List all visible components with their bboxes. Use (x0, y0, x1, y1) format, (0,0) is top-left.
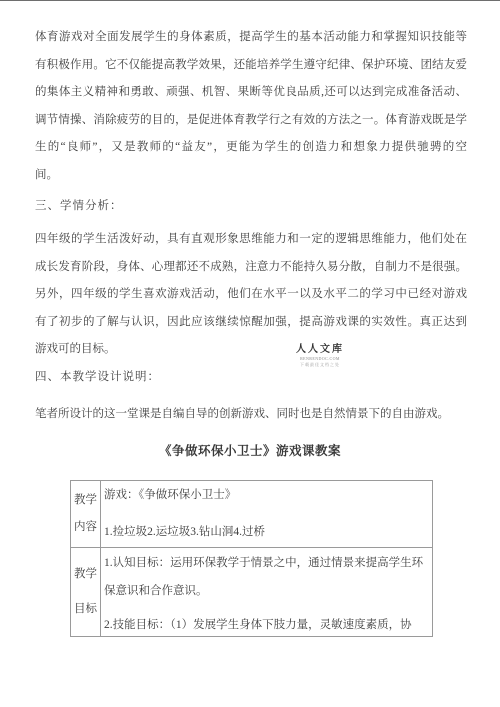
text-line: 教学 (74, 487, 97, 515)
text-line: 保意识和合作意识。 (104, 578, 428, 606)
text-line: 调节情操、消除疲劳的目的，是促进体育教学行之有效的方法之一。体育游戏既是学 (35, 107, 467, 135)
text-line: 有了初步的了解与认识，因此应该继续惊醒加强，提高游戏课的实效性。真正达到 (35, 309, 467, 337)
table-row-teaching-content: 教学内容 游戏：《争做环保小卫士》1.捡垃圾2.运垃圾3.钻山洞4.过桥 (71, 481, 432, 547)
text-line: 间。 (35, 162, 467, 190)
text-line: 笔者所设计的这一堂课是自编自导的创新游戏、同时也是自然情景下的自由游戏。 (35, 401, 467, 429)
paragraph-student-analysis: 四年级的学生活泼好动，具有直观形象思维能力和一定的逻辑思维能力，他们处在成长发育… (35, 226, 467, 364)
paragraph-pe-game-benefits: 体育游戏对全面发展学生的身体素质，提高学生的基本活动能力和掌握知识技能等有积极作… (35, 24, 467, 189)
section-heading-student-analysis: 三、学情分析： (35, 193, 467, 221)
section-heading-design-notes: 四、本教学设计说明： (35, 364, 467, 392)
document-page: 体育游戏对全面发展学生的身体素质，提高学生的基本活动能力和掌握知识技能等有积极作… (0, 0, 500, 707)
text-line: 体育游戏对全面发展学生的身体素质，提高学生的基本活动能力和掌握知识技能等 (35, 24, 467, 52)
lesson-plan-title: 《争做环保小卫士》游戏课教案 (0, 438, 500, 466)
text-line: 1.捡垃圾2.运垃圾3.钻山洞4.过桥 (104, 519, 428, 547)
text-line: 教学 (74, 561, 97, 589)
text-line: 1.认知目标：运用环保教学于情景之中，通过情景来提高学生环 (104, 550, 428, 578)
table-row-teaching-goals: 教学目标 1.认知目标：运用环保教学于情景之中，通过情景来提高学生环保意识和合作… (71, 547, 432, 636)
lesson-plan-table: 教学内容 游戏：《争做环保小卫士》1.捡垃圾2.运垃圾3.钻山洞4.过桥 教学目… (70, 480, 433, 637)
paragraph-design-notes: 笔者所设计的这一堂课是自编自导的创新游戏、同时也是自然情景下的自由游戏。 (35, 401, 467, 429)
table-cell-teaching-content: 游戏：《争做环保小卫士》1.捡垃圾2.运垃圾3.钻山洞4.过桥 (101, 481, 432, 547)
watermark-logo-text: 人人文库 (292, 344, 348, 355)
text-line: 生的“良师”，又是教师的“益友”，更能为学生的创造力和想象力提供驰骋的空 (35, 134, 467, 162)
text-line: 游戏：《争做环保小卫士》 (104, 482, 428, 510)
text-line: 内容 (74, 514, 97, 542)
watermark-domain-text: RENRENDOC.COM (292, 356, 348, 361)
table-label-teaching-goals: 教学目标 (71, 548, 101, 636)
text-line: 另外，四年级的学生喜欢游戏活动，他们在水平一以及水平二的学习中已经对游戏 (35, 281, 467, 309)
text-line: 有积极作用。它不仅能提高教学效果，还能培养学生遵守纪律、保护环境、团结友爱 (35, 52, 467, 80)
text-line: 2.技能目标：（1）发展学生身体下肢力量，灵敏速度素质，协 (104, 612, 428, 636)
page-top-edge-line (0, 0, 500, 1)
table-cell-teaching-goals: 1.认知目标：运用环保教学于情景之中，通过情景来提高学生环保意识和合作意识。2.… (101, 548, 432, 636)
text-line: 的集体主义精神和勇敢、顽强、机智、果断等优良品质,还可以达到完成准备活动、 (35, 79, 467, 107)
table-label-teaching-content: 教学内容 (71, 481, 101, 547)
text-line: 游戏可的目标。 (35, 336, 467, 364)
text-line: 四年级的学生活泼好动，具有直观形象思维能力和一定的逻辑思维能力，他们处在 (35, 226, 467, 254)
text-line: 目标 (74, 596, 97, 624)
text-line: 成长发育阶段，身体、心理都还不成熟，注意力不能持久易分散，自制力不是很强。 (35, 254, 467, 282)
